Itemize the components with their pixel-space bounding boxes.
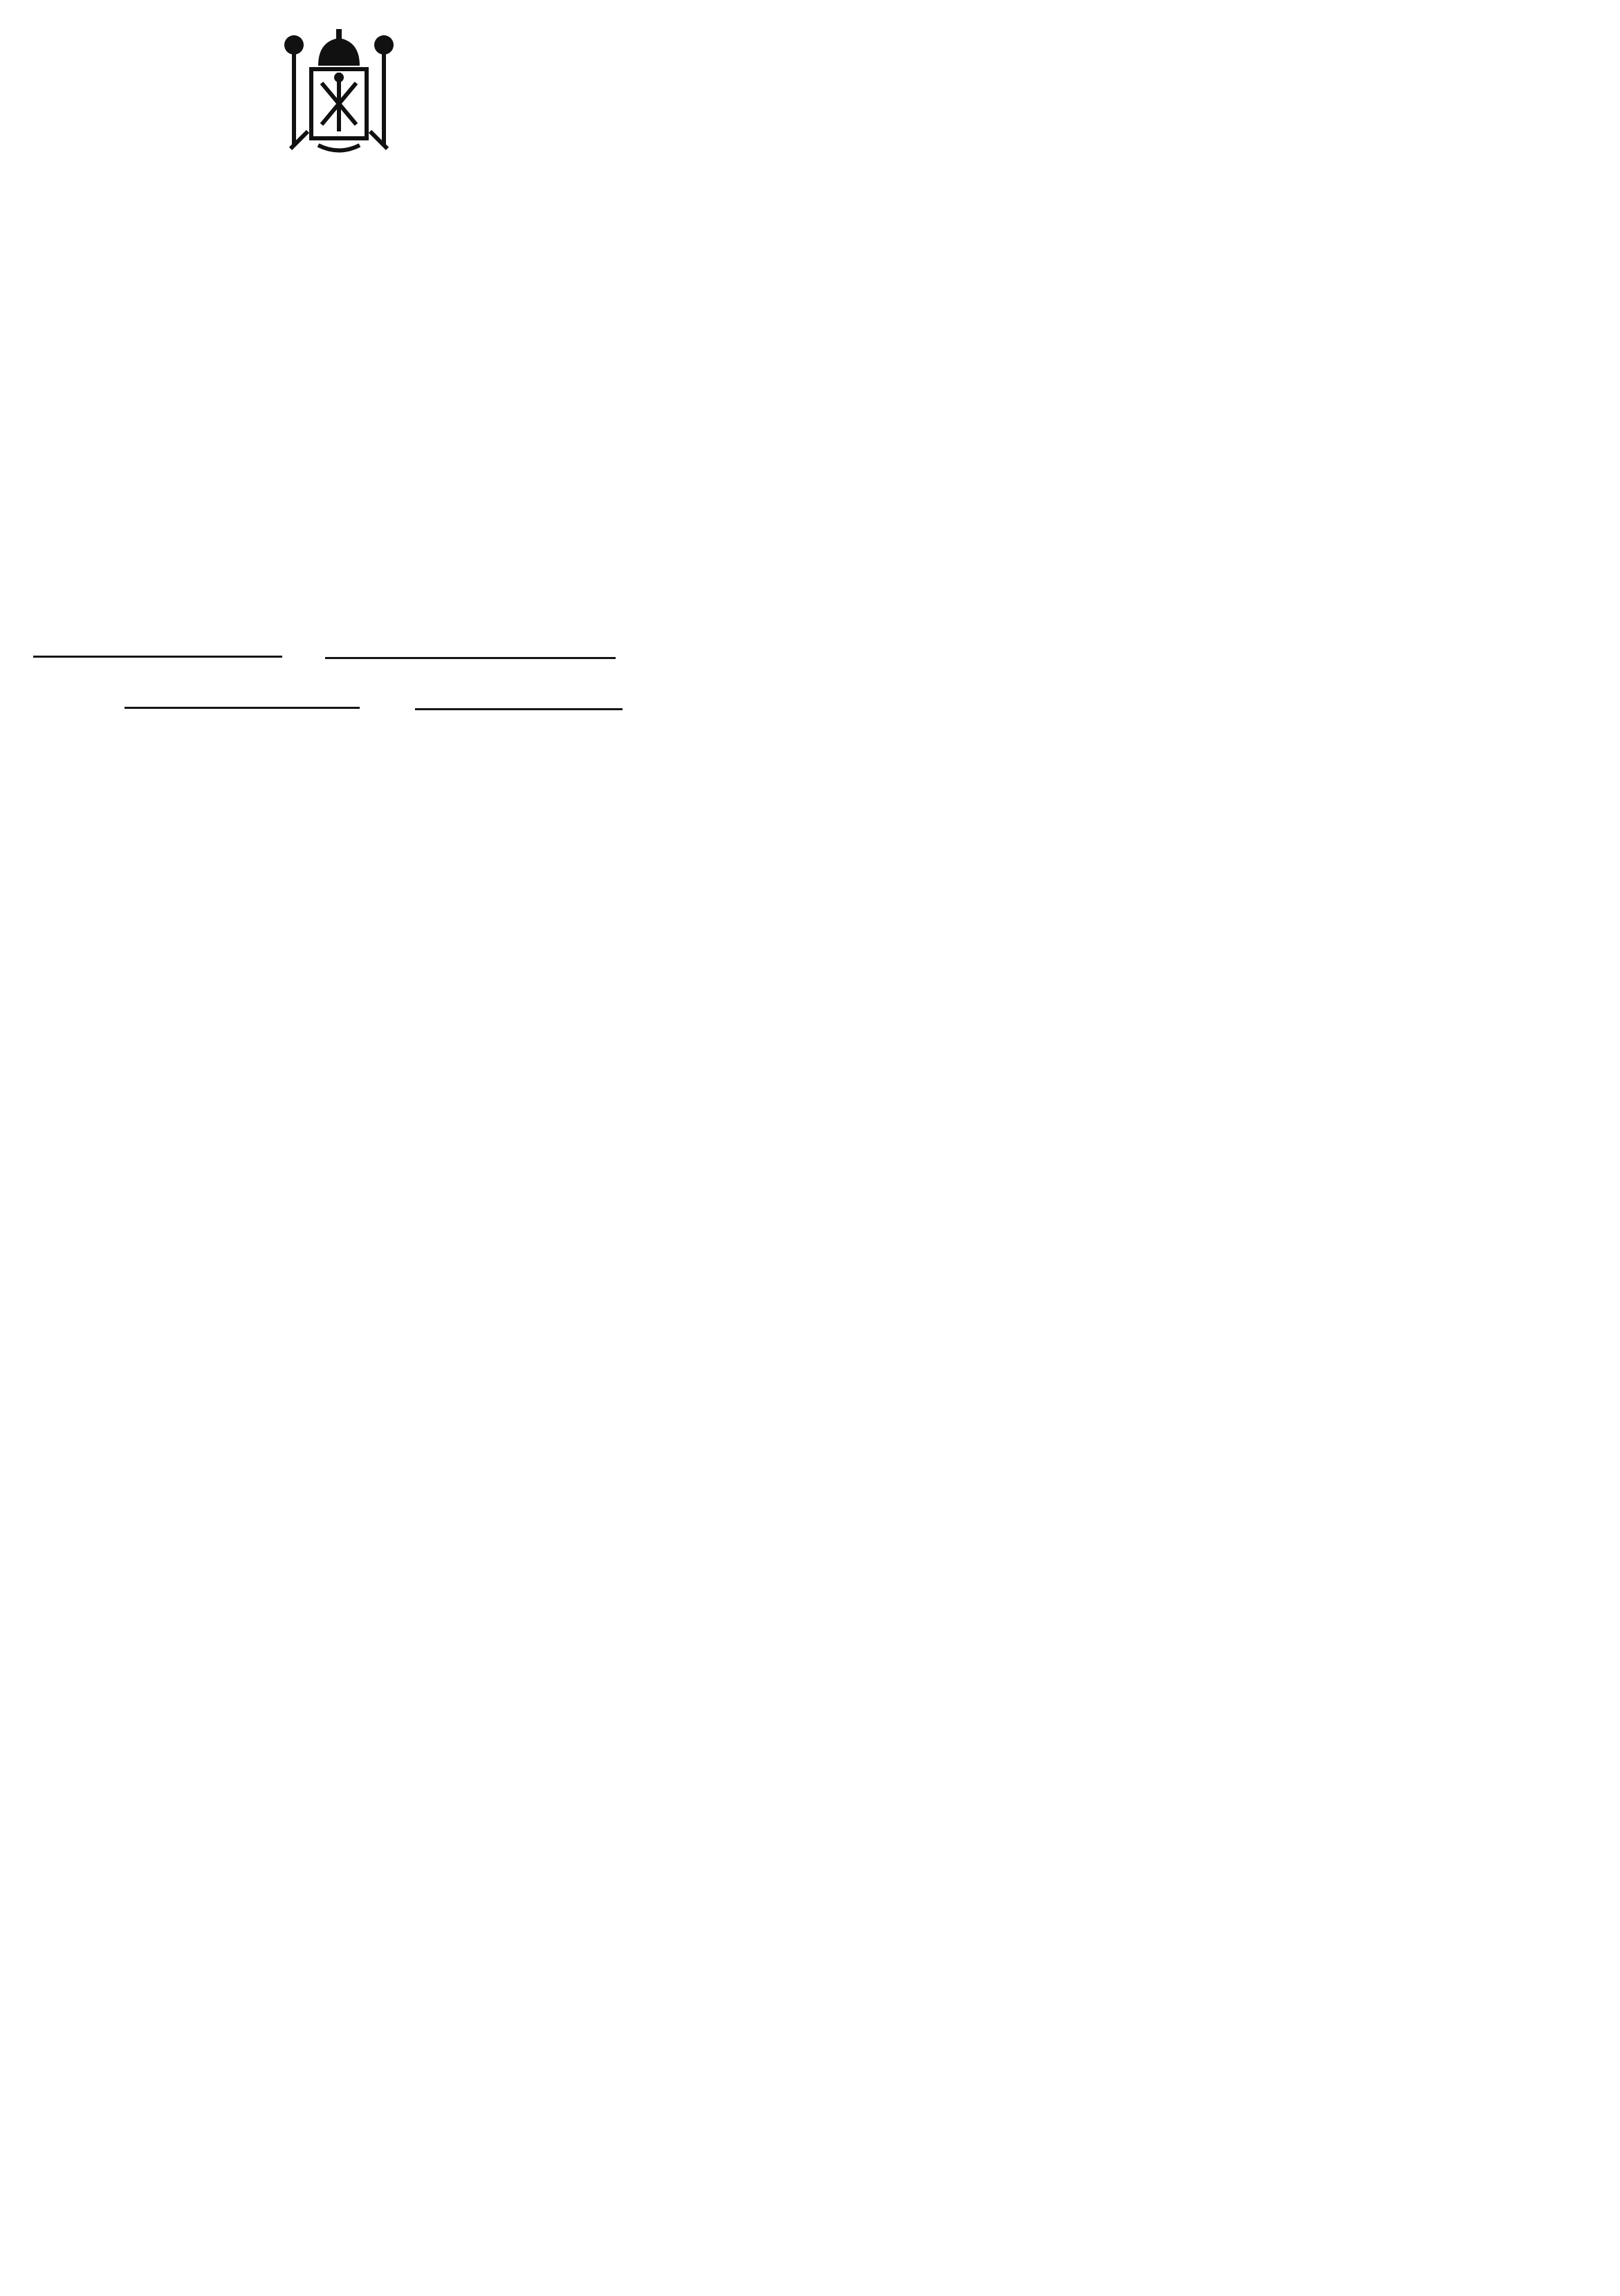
coat-of-arms-icon xyxy=(277,28,401,159)
reply-number-field xyxy=(125,707,360,709)
outgoing-date-field xyxy=(33,656,282,658)
reply-date-field xyxy=(415,708,623,710)
outgoing-number-field xyxy=(325,657,616,659)
